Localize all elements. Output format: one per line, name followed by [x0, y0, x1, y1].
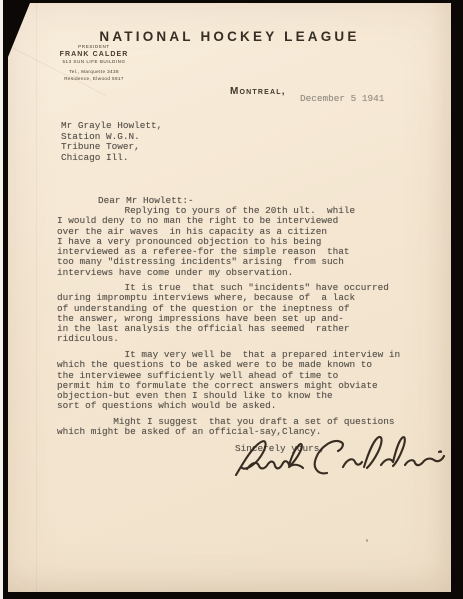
paper-speck: [366, 539, 368, 542]
letterhead-president-name: FRANK CALDER: [38, 51, 150, 58]
body-paragraph-3: It may very well be that a prepared inte…: [57, 350, 400, 412]
handwritten-signature: [230, 429, 448, 487]
letter-date: December 5 1941: [300, 93, 384, 104]
letterhead-residence-line: Residence, Elwood 5917: [38, 76, 150, 81]
letterhead-telephone-line: Tel., Marquette 3438: [38, 69, 150, 74]
letterhead-city: Montreal,: [230, 86, 286, 97]
letterhead-contact-block: PRESIDENT FRANK CALDER 513 SUN LIFE BUIL…: [38, 44, 150, 81]
recipient-city: Chicago Ill.: [61, 153, 162, 164]
body-paragraph-2: It is true that such "incidents" have oc…: [57, 283, 389, 345]
scan-edge-strip: [0, 0, 3, 599]
letter-paper: NATIONAL HOCKEY LEAGUE PRESIDENT FRANK C…: [8, 3, 451, 592]
fold-crease: [36, 3, 37, 592]
letter-photo: { "photo": { "background_color": "#0b080…: [0, 0, 463, 599]
recipient-name: Mr Grayle Howlett,: [61, 121, 162, 132]
recipient-address-block: Mr Grayle Howlett,Station W.G.N.Tribune …: [61, 121, 162, 163]
letterhead-president-label: PRESIDENT: [38, 44, 150, 49]
letterhead-address-line: 513 SUN LIFE BUILDING: [38, 59, 150, 64]
letterhead-org-title: NATIONAL HOCKEY LEAGUE: [8, 29, 451, 44]
body-paragraph-1: Replying to yours of the 20th ult. while…: [57, 206, 355, 278]
